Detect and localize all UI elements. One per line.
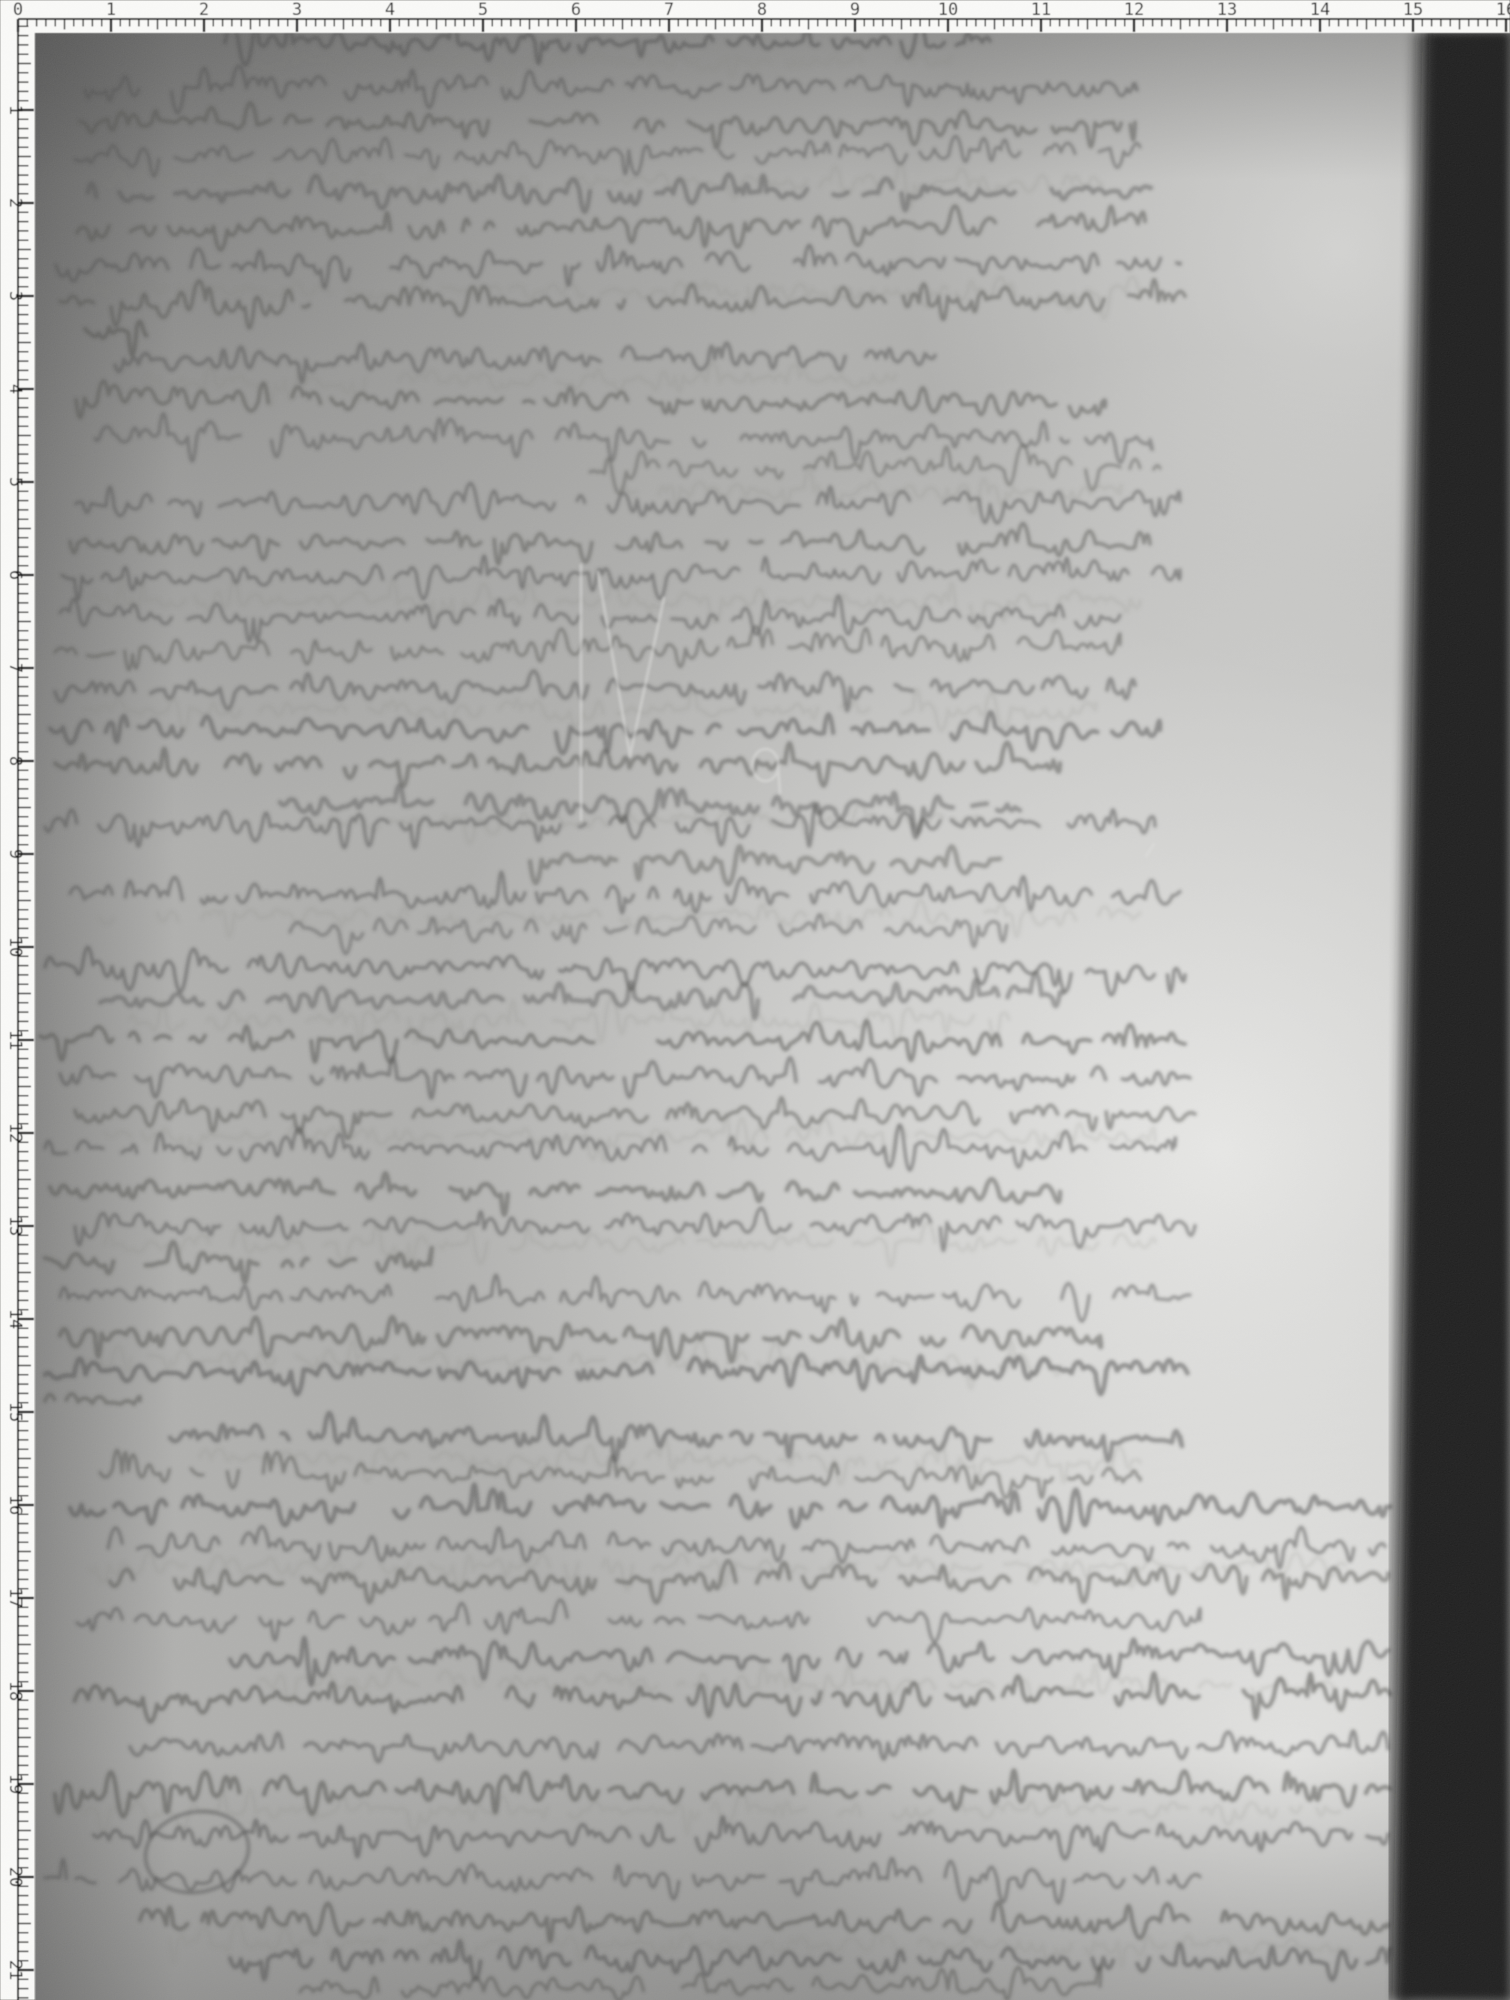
manuscript-scan-image: grayscale archival scan of a handwritten… <box>0 0 1510 2000</box>
global-grain <box>0 0 1510 2000</box>
